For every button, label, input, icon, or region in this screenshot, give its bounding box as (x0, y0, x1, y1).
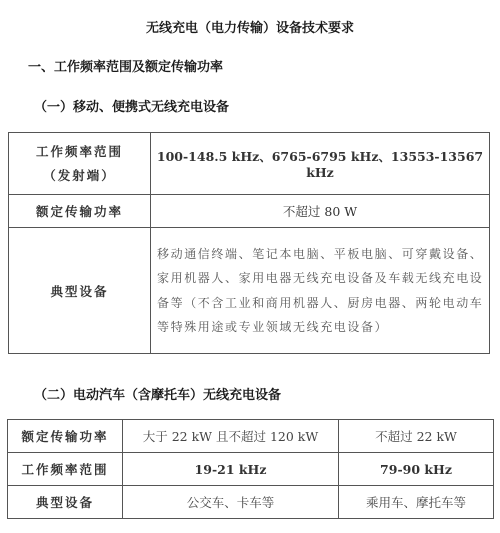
ev-devices-table: 额定传输功率 大于 22 kW 且不超过 120 kW 不超过 22 kW 工作… (7, 419, 494, 519)
portable-devices-table: 工作频率范围 （发射端） 100-148.5 kHz、6765-6795 kHz… (8, 132, 490, 354)
table-row: 额定传输功率 大于 22 kW 且不超过 120 kW 不超过 22 kW (8, 420, 494, 453)
power-value-cell: 不超过 80 W (151, 195, 490, 228)
table-row: 工作频率范围 （发射端） 100-148.5 kHz、6765-6795 kHz… (9, 133, 490, 195)
table-label-cell: 额定传输功率 (8, 420, 123, 453)
table-label-cell: 典型设备 (8, 486, 123, 519)
table-cell: 大于 22 kW 且不超过 120 kW (123, 420, 339, 453)
table-cell: 19-21 kHz (123, 453, 339, 486)
frequency-value-cell: 100-148.5 kHz、6765-6795 kHz、13553-13567 … (151, 133, 490, 195)
table-row: 典型设备 公交车、卡车等 乘用车、摩托车等 (8, 486, 494, 519)
document-title: 无线充电（电力传输）设备技术要求 (0, 17, 500, 36)
table-label-cell: 工作频率范围 (8, 453, 123, 486)
table-label-cell: 典型设备 (9, 228, 151, 354)
section-heading: 一、工作频率范围及额定传输功率 (28, 56, 223, 75)
label-text: 工作频率范围 (9, 140, 150, 164)
table-cell: 乘用车、摩托车等 (339, 486, 494, 519)
subsection-heading-ev: （二）电动汽车（含摩托车）无线充电设备 (34, 384, 281, 403)
table-cell: 公交车、卡车等 (123, 486, 339, 519)
label-text: （发射端） (9, 164, 150, 188)
table-label-cell: 额定传输功率 (9, 195, 151, 228)
table-row: 典型设备 移动通信终端、笔记本电脑、平板电脑、可穿戴设备、家用机器人、家用电器无… (9, 228, 490, 354)
table-label-cell: 工作频率范围 （发射端） (9, 133, 151, 195)
table-cell: 79-90 kHz (339, 453, 494, 486)
devices-value-cell: 移动通信终端、笔记本电脑、平板电脑、可穿戴设备、家用机器人、家用电器无线充电设备… (151, 228, 490, 354)
table-row: 额定传输功率 不超过 80 W (9, 195, 490, 228)
table-cell: 不超过 22 kW (339, 420, 494, 453)
table-row: 工作频率范围 19-21 kHz 79-90 kHz (8, 453, 494, 486)
subsection-heading-portable: （一）移动、便携式无线充电设备 (34, 96, 229, 115)
